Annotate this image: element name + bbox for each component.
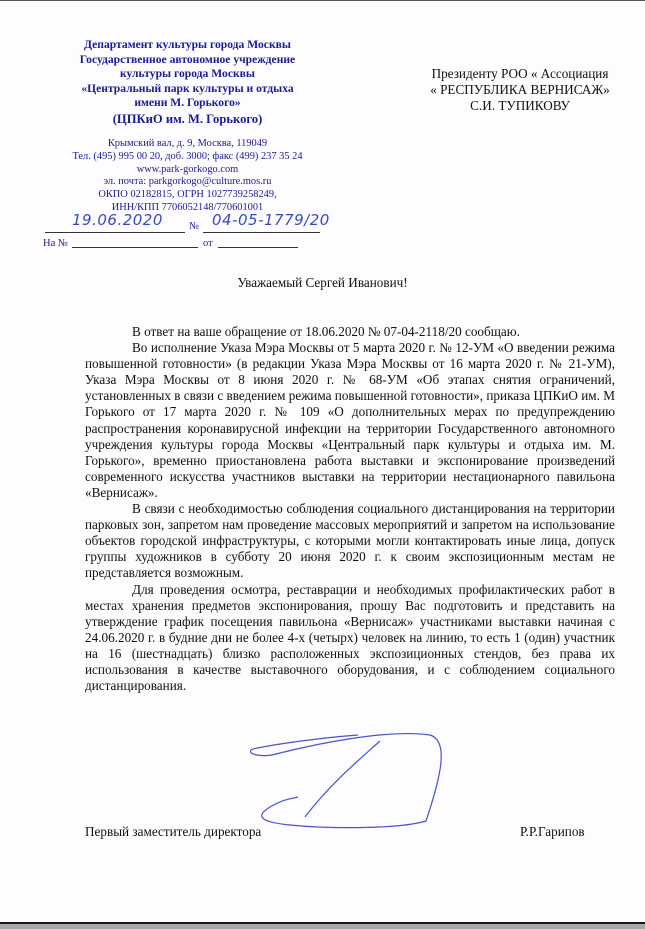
- body-paragraph: В ответ на ваше обращение от 18.06.2020 …: [85, 324, 615, 340]
- letterhead-contacts: Крымский вал, д. 9, Москва, 119049 Тел. …: [40, 138, 335, 215]
- reference-date-underline: [218, 237, 298, 248]
- reference-number-underline: [72, 237, 198, 248]
- viewer-background: [0, 924, 645, 929]
- org-line: культуры города Москвы: [50, 67, 325, 82]
- reference-number-label: На №: [43, 238, 68, 249]
- number-label: №: [189, 221, 199, 232]
- signatory-position: Первый заместитель директора: [85, 824, 261, 840]
- handwritten-signature-icon: [250, 729, 480, 839]
- contact-website: www.park-gorkogo.com: [40, 164, 335, 177]
- addressee-line: « РЕСПУБЛИКА ВЕРНИСАЖ»: [405, 82, 635, 98]
- reference-from-label: от: [203, 238, 213, 249]
- contact-address: Крымский вал, д. 9, Москва, 119049: [40, 138, 335, 151]
- org-line: имени М. Горького»: [50, 96, 325, 111]
- letter-body: В ответ на ваше обращение от 18.06.2020 …: [85, 324, 615, 694]
- contact-phone: Тел. (495) 995 00 20, доб. 3000; факс (4…: [40, 151, 335, 164]
- addressee-block: Президенту РОО « Ассоциация « РЕСПУБЛИКА…: [405, 66, 635, 114]
- salutation: Уважаемый Сергей Иванович!: [0, 275, 645, 291]
- signatory-name: Р.Р.Гарипов: [520, 824, 585, 840]
- registration-date: 19.06.2020: [72, 211, 163, 229]
- org-abbreviation: (ЦПКиО им. М. Горького): [50, 111, 325, 127]
- body-paragraph: Во исполнение Указа Мэра Москвы от 5 мар…: [85, 340, 615, 501]
- contact-email: эл. почта: parkgorkogo@culture.mos.ru: [40, 176, 335, 189]
- org-line: Департамент культуры города Москвы: [50, 38, 325, 53]
- letter-page: Департамент культуры города Москвы Госуд…: [0, 0, 645, 923]
- body-paragraph: В связи с необходимостью соблюдения соци…: [85, 501, 615, 581]
- contact-okpo-ogrn: ОКПО 02182815, ОГРН 1027739258249,: [40, 189, 335, 202]
- org-line: «Центральный парк культуры и отдыха: [50, 82, 325, 97]
- addressee-line: С.И. ТУПИКОВУ: [405, 98, 635, 114]
- body-paragraph: Для проведения осмотра, реставрации и не…: [85, 582, 615, 695]
- addressee-line: Президенту РОО « Ассоциация: [405, 66, 635, 82]
- registration-number: 04-05-1779/20: [212, 211, 330, 229]
- letterhead-organization: Департамент культуры города Москвы Госуд…: [50, 38, 325, 127]
- org-line: Государственное автономное учреждение: [50, 53, 325, 68]
